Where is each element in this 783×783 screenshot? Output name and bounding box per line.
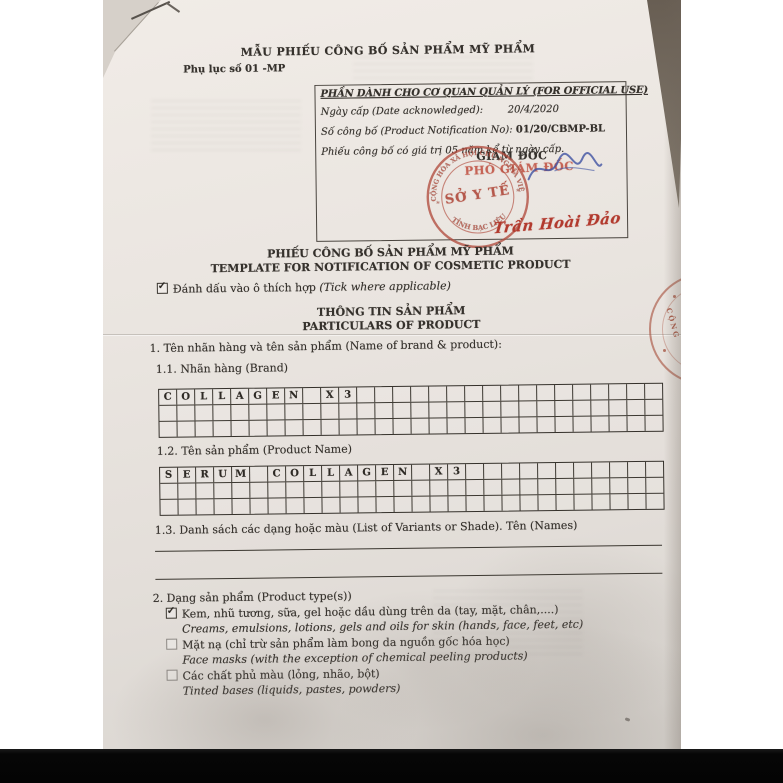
grid-cell (304, 482, 322, 497)
grid-cell (178, 499, 196, 514)
grid-cell (628, 478, 646, 493)
grid-cell (160, 484, 178, 499)
grid-cell (592, 494, 610, 509)
check-mark: ✓ (158, 280, 167, 294)
grid-cell (231, 421, 249, 436)
seal-dot (673, 295, 676, 298)
grid-cell (573, 401, 591, 416)
grid-cell (645, 384, 662, 399)
grid-cell (412, 497, 430, 512)
blank-line (155, 573, 662, 580)
product-name-grid: SERUMCOLLAGENX3 (159, 461, 665, 516)
grid-cell (339, 403, 357, 418)
grid-cell (304, 498, 322, 513)
grid-cell (484, 496, 502, 511)
grid-cell (502, 495, 520, 510)
grid-cell (214, 499, 232, 514)
grid-cell (213, 421, 231, 436)
grid-cell (214, 483, 232, 498)
grid-cell (411, 419, 429, 434)
grid-cell (538, 463, 556, 478)
grid-cell (394, 497, 412, 512)
grid-cell (466, 496, 484, 511)
option-label-en: Face masks (with the exception of chemic… (182, 649, 527, 667)
notification-no-row: Số công bố (Product Notification No): 01… (321, 122, 622, 139)
grid-cell (519, 401, 537, 416)
grid-cell: S (160, 468, 178, 483)
grid-cell (340, 481, 358, 496)
grid-cell (556, 495, 574, 510)
grid-cell (178, 483, 196, 498)
grid-cell (321, 404, 339, 419)
form-code-label: Phụ lục số 01 -MP (183, 62, 285, 76)
grid-cell (429, 402, 447, 417)
screenshot-canvas: MẪU PHIẾU CÔNG BỐ SẢN PHẨM MỸ PHẨM Phụ l… (0, 0, 783, 783)
grid-cell (249, 421, 267, 436)
grid-cell (376, 497, 394, 512)
grid-cell (394, 481, 412, 496)
brand-name-grid: COLLAGENX3 (158, 383, 664, 438)
tick-instruction-vi: Đánh dấu vào ô thích hợp (173, 281, 320, 296)
grid-cell (592, 462, 610, 477)
grid-cell (520, 495, 538, 510)
grid-cell (465, 402, 483, 417)
tick-instruction: ✓ Đánh dấu vào ô thích hợp (Tick where a… (157, 279, 451, 297)
grid-cell (321, 420, 339, 435)
grid-cell (573, 417, 591, 432)
grid-cell (285, 420, 303, 435)
grid-cell: E (267, 388, 285, 403)
grid-cell: R (196, 467, 214, 482)
grid-cell (646, 494, 663, 509)
grid-cell (466, 480, 484, 495)
grid-cell (196, 499, 214, 514)
grid-cell (646, 478, 663, 493)
grid-cell (375, 419, 393, 434)
seal-dot (663, 349, 666, 352)
official-use-title: PHẦN DÀNH CHO CƠ QUAN QUẢN LÝ (FOR OFFIC… (320, 84, 621, 101)
grid-cell (627, 416, 645, 431)
grid-cell (357, 403, 375, 418)
grid-cell (268, 498, 286, 513)
grid-cell (484, 464, 502, 479)
grid-cell (376, 481, 394, 496)
grid-cell (538, 495, 556, 510)
grid-cell: 3 (339, 387, 357, 402)
grid-cell (303, 404, 321, 419)
grid-cell (231, 405, 249, 420)
date-acknowledged-value: 20/4/2020 (508, 103, 559, 117)
grid-cell (502, 479, 520, 494)
grid-cell (232, 499, 250, 514)
grid-cell (645, 400, 662, 415)
grid-cell (303, 420, 321, 435)
grid-cell (627, 384, 645, 399)
unchecked-checkbox-icon (166, 639, 177, 650)
grid-cell (537, 417, 555, 432)
grid-cell (520, 463, 538, 478)
grid-cell (574, 463, 592, 478)
grid-cell (646, 462, 663, 477)
grid-cell (465, 386, 483, 401)
grid-cell (358, 497, 376, 512)
blank-line (155, 545, 662, 552)
grid-cell (519, 385, 537, 400)
grid-cell: L (195, 389, 213, 404)
grid-cell (483, 402, 501, 417)
grid-cell: E (376, 465, 394, 480)
grid-cell (609, 384, 627, 399)
grid-cell (268, 482, 286, 497)
q1-2-label: 1.2. Tên sản phẩm (Product Name) (157, 443, 352, 459)
grid-cell (555, 385, 573, 400)
q1-label: 1. Tên nhãn hàng và tên sản phẩm (Name o… (150, 338, 502, 356)
grid-cell (411, 403, 429, 418)
page-title: MẪU PHIẾU CÔNG BỐ SẢN PHẨM MỸ PHẨM (103, 41, 677, 62)
document-photo: MẪU PHIẾU CÔNG BỐ SẢN PHẨM MỸ PHẨM Phụ l… (103, 0, 681, 750)
grid-cell (339, 419, 357, 434)
option-label-en: Tinted bases (liquids, pastes, powders) (183, 682, 401, 699)
grid-cell (556, 479, 574, 494)
grid-cell (610, 494, 628, 509)
grid-cell (303, 388, 321, 403)
grid-cell (177, 405, 195, 420)
grid-cell (250, 499, 268, 514)
grid-cell: E (178, 467, 196, 482)
grid-cell (322, 498, 340, 513)
grid-cell: 3 (448, 464, 466, 479)
grid-cell (574, 495, 592, 510)
option-label-vi: Mặt nạ (chỉ trừ sản phẩm làm bong da ngu… (182, 635, 510, 652)
grid-cell (448, 496, 466, 511)
grid-cell (591, 400, 609, 415)
letterbox-bar (0, 749, 783, 783)
grid-cell (501, 385, 519, 400)
grid-cell (465, 418, 483, 433)
grid-cell (538, 479, 556, 494)
grid-cell (340, 497, 358, 512)
grid-cell (411, 387, 429, 402)
grid-cell: C (268, 466, 286, 481)
grid-cell: U (214, 467, 232, 482)
grid-cell (537, 401, 555, 416)
grid-cell (610, 478, 628, 493)
grid-cell (483, 386, 501, 401)
grid-cell (448, 480, 466, 495)
grid-cell (196, 483, 214, 498)
q1-1-label: 1.1. Nhãn hàng (Brand) (156, 361, 288, 377)
grid-cell (375, 387, 393, 402)
grid-cell (447, 418, 465, 433)
grid-cell (232, 483, 250, 498)
grid-cell: X (321, 388, 339, 403)
grid-cell (466, 464, 484, 479)
grid-cell (592, 478, 610, 493)
grid-cell (556, 463, 574, 478)
grid-cell (195, 405, 213, 420)
grid-cell: L (304, 466, 322, 481)
notification-no-label: Số công bố (Product Notification No): (321, 125, 513, 138)
grid-cell (430, 480, 448, 495)
grid-cell (555, 401, 573, 416)
grid-cell: O (286, 466, 304, 481)
health-department-seal: CỘNG HÒA XÃ HỘI CHỦ NGHĨA VIỆT NAM TỈNH … (417, 137, 538, 258)
grid-cell (286, 482, 304, 497)
grid-cell (501, 417, 519, 432)
grid-cell (609, 400, 627, 415)
grid-cell: X (430, 464, 448, 479)
grid-cell (159, 406, 177, 421)
product-type-option: Các chất phủ màu (lỏng, nhão, bột) (167, 667, 380, 684)
grid-cell (430, 496, 448, 511)
grid-cell (249, 405, 267, 420)
grid-cell (267, 420, 285, 435)
grid-cell: N (394, 465, 412, 480)
grid-cell (195, 421, 213, 436)
grid-cell (447, 386, 465, 401)
grid-cell (412, 465, 430, 480)
unchecked-checkbox-icon (167, 670, 178, 681)
pen-signature-icon (524, 148, 604, 189)
grid-cell (159, 422, 177, 437)
grid-cell: A (231, 389, 249, 404)
official-use-box: PHẦN DÀNH CHO CƠ QUAN QUẢN LÝ (FOR OFFIC… (314, 81, 628, 242)
grid-cell (555, 417, 573, 432)
grid-cell (358, 481, 376, 496)
grid-cell (628, 494, 646, 509)
grid-cell (357, 387, 375, 402)
grid-cell: N (285, 388, 303, 403)
grid-cell (609, 416, 627, 431)
printed-page: MẪU PHIẾU CÔNG BỐ SẢN PHẨM MỸ PHẨM Phụ l… (103, 0, 681, 750)
grid-cell (412, 481, 430, 496)
grid-cell (627, 400, 645, 415)
date-acknowledged-label: Ngày cấp (Date acknowledged): (321, 105, 484, 118)
grid-cell (250, 483, 268, 498)
notification-no-value: 01/20/CBMP-BL (516, 123, 605, 135)
grid-cell (429, 386, 447, 401)
grid-cell (429, 418, 447, 433)
grid-cell (501, 401, 519, 416)
grid-cell (519, 417, 537, 432)
grid-cell (357, 419, 375, 434)
grid-cell (286, 498, 304, 513)
grid-cell: A (340, 465, 358, 480)
grid-cell (591, 384, 609, 399)
checked-checkbox-icon: ✓ (166, 608, 177, 619)
grid-cell (537, 385, 555, 400)
grid-cell (285, 404, 303, 419)
grid-cell (520, 479, 538, 494)
grid-cell (628, 462, 646, 477)
grid-cell (213, 405, 231, 420)
grid-cell (160, 500, 178, 515)
grid-cell (483, 418, 501, 433)
tick-instruction-en: (Tick where applicable) (319, 279, 451, 294)
grid-cell (375, 403, 393, 418)
grid-cell (322, 482, 340, 497)
grid-cell (610, 462, 628, 477)
grid-cell: L (213, 389, 231, 404)
date-acknowledged-row: Ngày cấp (Date acknowledged): 20/4/2020 (321, 102, 622, 119)
grid-cell: O (177, 389, 195, 404)
option-label-vi: Các chất phủ màu (lỏng, nhão, bột) (183, 667, 380, 682)
grid-cell (393, 419, 411, 434)
grid-cell (574, 479, 592, 494)
q2-label: 2. Dạng sản phẩm (Product type(s)) (153, 590, 352, 606)
checked-checkbox-icon: ✓ (157, 283, 168, 294)
grid-cell (484, 480, 502, 495)
grid-cell: M (232, 467, 250, 482)
check-mark: ✓ (167, 605, 176, 619)
q1-3-label: 1.3. Danh sách các dạng hoặc màu (List o… (155, 519, 578, 538)
grid-cell (645, 416, 662, 431)
grid-cell (393, 403, 411, 418)
grid-cell (573, 385, 591, 400)
grid-cell (250, 467, 268, 482)
grid-cell: G (249, 389, 267, 404)
grid-cell (393, 387, 411, 402)
grid-cell (177, 421, 195, 436)
grid-cell: C (159, 390, 177, 405)
grid-cell (502, 463, 520, 478)
grid-cell: L (322, 466, 340, 481)
grid-cell (591, 416, 609, 431)
grid-cell (267, 404, 285, 419)
grid-cell (447, 402, 465, 417)
grid-cell: G (358, 465, 376, 480)
